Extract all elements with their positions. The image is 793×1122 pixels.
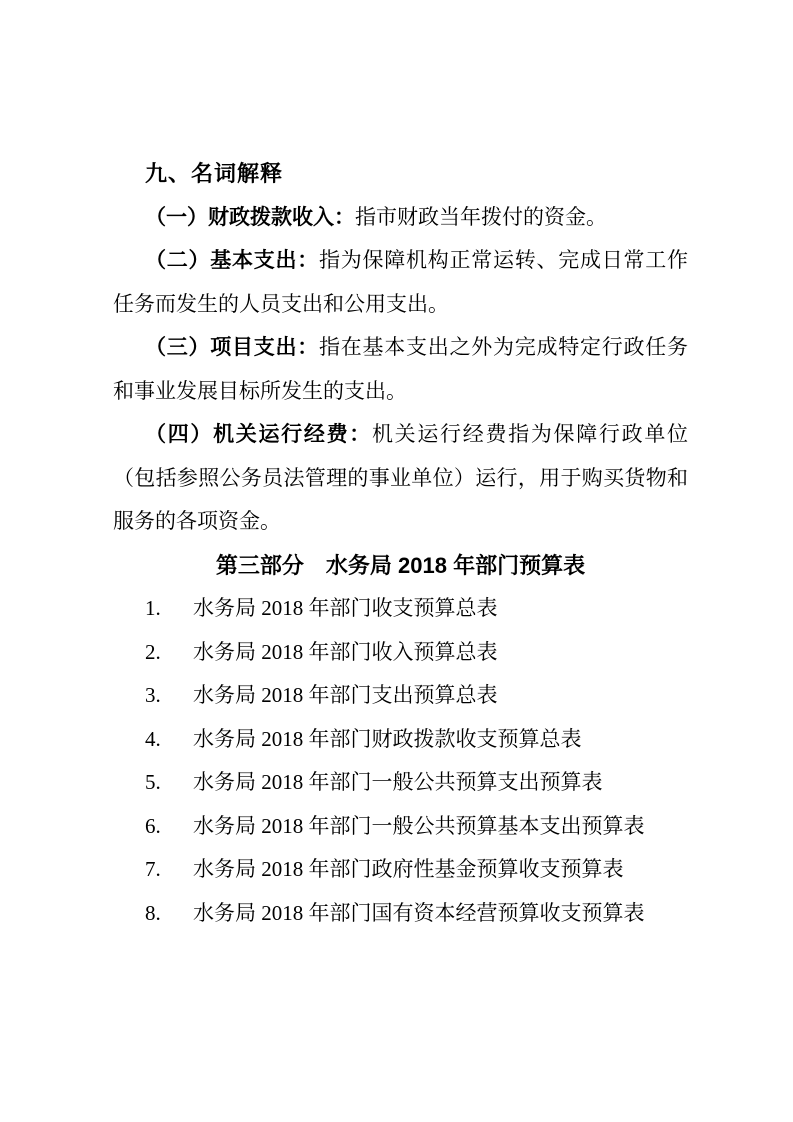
list-item-title-5: 水务局 2018 年部门一般公共预算支出预算表 (193, 770, 603, 794)
list-item-number-2: 2. (145, 631, 193, 675)
table-list-item-6: 6.水务局 2018 年部门一般公共预算基本支出预算表 (113, 805, 688, 849)
document-page: 九、名词解释 （一）财政拨款收入：指市财政当年拨付的资金。 （二）基本支出：指为… (0, 0, 793, 1122)
term-paragraph-2: （二）基本支出：指为保障机构正常运转、完成日常工作任务而发生的人员支出和公用支出… (113, 239, 688, 326)
list-item-title-4: 水务局 2018 年部门财政拨款收支预算总表 (193, 727, 582, 751)
list-item-title-3: 水务局 2018 年部门支出预算总表 (193, 683, 498, 707)
list-item-number-3: 3. (145, 674, 193, 718)
part-section-heading: 第三部分 水务局 2018 年部门预算表 (113, 544, 688, 588)
list-item-number-8: 8. (145, 892, 193, 936)
list-item-title-6: 水务局 2018 年部门一般公共预算基本支出预算表 (193, 814, 645, 838)
list-item-number-7: 7. (145, 848, 193, 892)
term-paragraph-3: （三）项目支出：指在基本支出之外为完成特定行政任务和事业发展目标所发生的支出。 (113, 326, 688, 413)
list-item-title-7: 水务局 2018 年部门政府性基金预算收支预算表 (193, 857, 624, 881)
term-paragraph-1: （一）财政拨款收入：指市财政当年拨付的资金。 (113, 196, 688, 240)
table-list-item-8: 8.水务局 2018 年部门国有资本经营预算收支预算表 (113, 892, 688, 936)
table-list-item-5: 5.水务局 2018 年部门一般公共预算支出预算表 (113, 761, 688, 805)
table-list-item-3: 3.水务局 2018 年部门支出预算总表 (113, 674, 688, 718)
list-item-number-4: 4. (145, 718, 193, 762)
list-item-number-6: 6. (145, 805, 193, 849)
table-list-item-2: 2.水务局 2018 年部门收入预算总表 (113, 631, 688, 675)
table-list-item-1: 1.水务局 2018 年部门收支预算总表 (113, 587, 688, 631)
table-list-item-4: 4.水务局 2018 年部门财政拨款收支预算总表 (113, 718, 688, 762)
term-label-3: （三）项目支出： (145, 335, 319, 359)
term-label-4: （四）机关运行经费： (145, 422, 372, 446)
list-item-title-8: 水务局 2018 年部门国有资本经营预算收支预算表 (193, 901, 645, 925)
term-paragraph-4: （四）机关运行经费：机关运行经费指为保障行政单位（包括参照公务员法管理的事业单位… (113, 413, 688, 544)
list-item-title-2: 水务局 2018 年部门收入预算总表 (193, 640, 498, 664)
list-item-title-1: 水务局 2018 年部门收支预算总表 (193, 596, 498, 620)
term-definition-1: 指市财政当年拨付的资金。 (355, 205, 607, 229)
term-label-2: （二）基本支出： (145, 248, 319, 272)
table-list-item-7: 7.水务局 2018 年部门政府性基金预算收支预算表 (113, 848, 688, 892)
glossary-heading: 九、名词解释 (113, 152, 688, 196)
term-label-1: （一）财政拨款收入： (145, 205, 355, 229)
list-item-number-5: 5. (145, 761, 193, 805)
list-item-number-1: 1. (145, 587, 193, 631)
